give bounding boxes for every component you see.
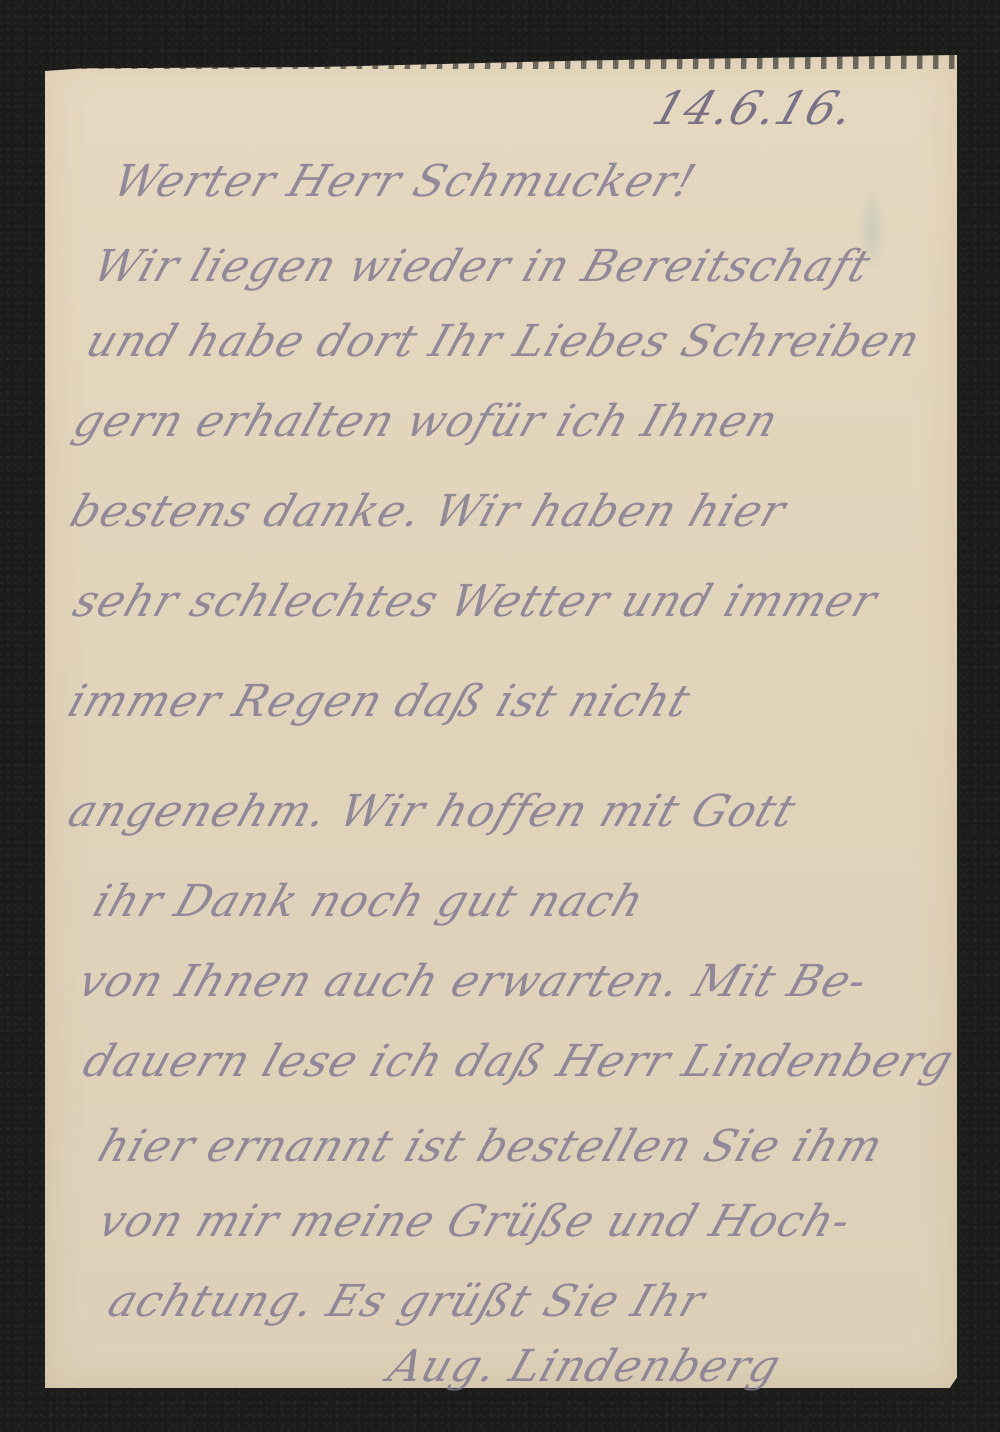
handwritten-line: Werter Herr Schmucker! xyxy=(108,160,701,204)
signature: Aug. Lindenberg xyxy=(383,1345,786,1389)
handwritten-line: dauern lese ich daß Herr Lindenberg xyxy=(78,1040,959,1084)
handwritten-line: immer Regen daß ist nicht xyxy=(63,680,696,724)
handwritten-line: von mir meine Grüße und Hoch- xyxy=(93,1200,856,1244)
handwritten-line: achtung. Es grüßt Sie Ihr xyxy=(103,1280,710,1324)
handwritten-line: sehr schlechtes Wetter und immer xyxy=(68,580,883,624)
handwritten-line: hier ernannt ist bestellen Sie ihm xyxy=(93,1125,888,1169)
handwritten-line: und habe dort Ihr Liebes Schreiben xyxy=(81,320,926,364)
handwritten-line: von Ihnen auch erwarten. Mit Be- xyxy=(73,960,873,1004)
handwritten-line: Wir liegen wieder in Bereitschaft xyxy=(88,245,876,289)
handwritten-line: ihr Dank noch gut nach xyxy=(88,880,650,924)
letter-date: 14.6.16. xyxy=(648,85,861,131)
handwritten-line: angenehm. Wir hoffen mit Gott xyxy=(63,790,801,834)
handwritten-line: bestens danke. Wir haben hier xyxy=(65,490,791,534)
handwritten-line: gern erhalten wofür ich Ihnen xyxy=(68,400,784,444)
